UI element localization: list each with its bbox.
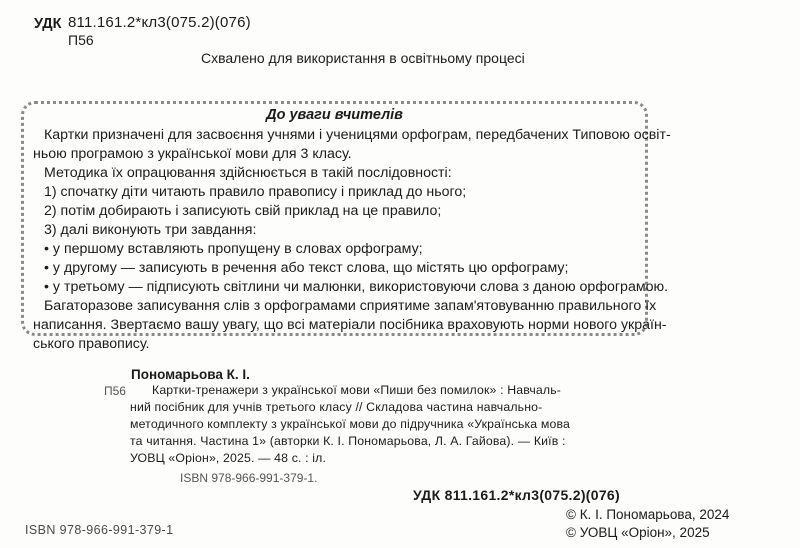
- biblio-line: Картки-тренажери з української мови «Пиш…: [152, 383, 561, 397]
- notice-line: Багаторазове записування слів з орфограм…: [44, 298, 656, 314]
- notice-line: 1) спочатку діти читають правило правопи…: [44, 184, 466, 200]
- author-mark: П56: [68, 32, 94, 48]
- footer-udk: УДК 811.161.2*кл3(075.2)(076): [413, 487, 620, 503]
- copyright-author: © К. І. Пономарьова, 2024: [566, 507, 729, 522]
- biblio-line: УОВЦ «Оріон», 2025. — 48 с. : іл.: [130, 451, 326, 465]
- notice-line: Картки призначені для засвоєння учнями і…: [44, 127, 671, 143]
- notice-line: Методика їх опрацювання здійснюється в т…: [44, 165, 452, 181]
- notice-title: До уваги вчителів: [24, 107, 645, 123]
- notice-line: 2) потім добирають і записують свій прик…: [44, 203, 441, 219]
- biblio-line: та читання. Частина 1» (авторки К. І. По…: [130, 434, 566, 448]
- notice-line: написання. Звертаємо вашу увагу, що всі …: [33, 317, 667, 333]
- copyright-publisher: © УОВЦ «Оріон», 2025: [566, 525, 710, 540]
- footer-isbn: ISBN 978-966-991-379-1: [25, 523, 173, 537]
- notice-line: • у другому — записують в речення або те…: [44, 260, 568, 276]
- notice-line: 3) далі виконують три завдання:: [44, 222, 256, 238]
- udk-code: 811.161.2*кл3(075.2)(076): [68, 14, 251, 31]
- biblio-isbn: ISBN 978-966-991-379-1.: [180, 471, 317, 485]
- teacher-notice-box: До уваги вчителів Картки призначені для …: [21, 101, 648, 336]
- biblio-line: методичного комплекту з української мови…: [130, 417, 570, 431]
- notice-line: ньою програмою з української мови для 3 …: [33, 146, 352, 162]
- udk-label: УДК: [34, 16, 68, 32]
- biblio-author: Пономарьова К. І.: [131, 367, 250, 382]
- udk-label-text: УДК: [34, 16, 68, 32]
- notice-line: • у першому вставляють пропущену в слова…: [44, 241, 423, 257]
- notice-line: • у третьому — підписують світлини чи ма…: [44, 279, 668, 295]
- approval-note: Схвалено для використання в освітньому п…: [201, 50, 525, 66]
- notice-line: ського правопису.: [33, 336, 149, 352]
- biblio-code: П56: [104, 384, 126, 398]
- biblio-line: ний посібник для учнів третього класу //…: [130, 400, 542, 414]
